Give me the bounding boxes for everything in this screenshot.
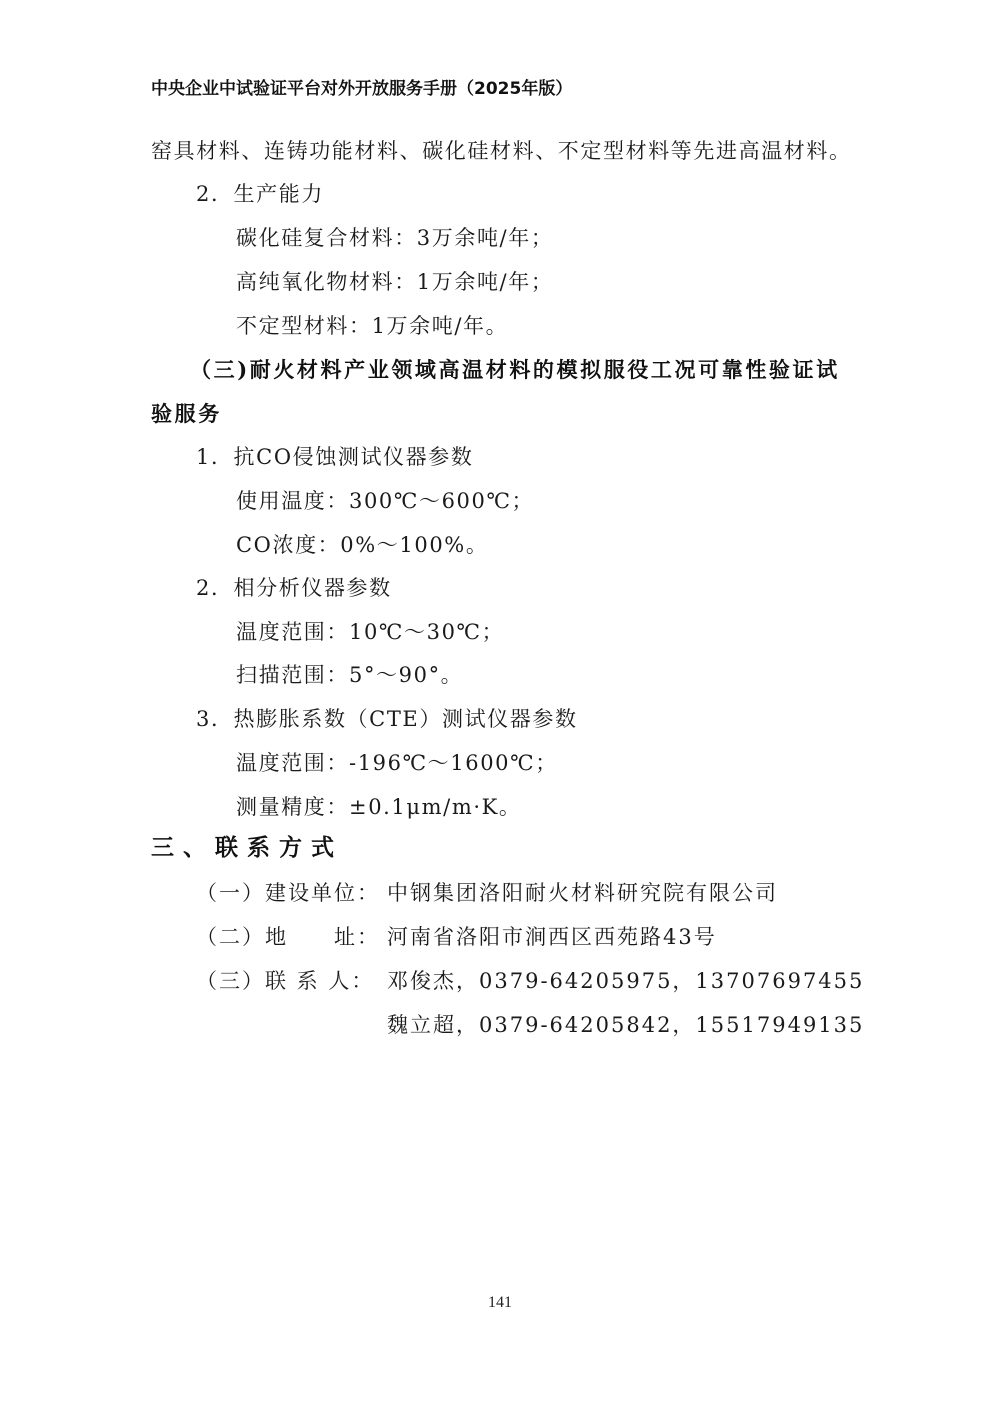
instrument-heading: 1．抗CO侵蚀测试仪器参数 <box>196 441 473 471</box>
contact-unit-value: 中钢集团洛阳耐火材料研究院有限公司 <box>387 877 778 907</box>
instrument-param: 使用温度：300℃～600℃； <box>236 485 534 515</box>
contact-unit-label: （一）建设单位： <box>196 877 380 907</box>
capacity-item: 高纯氧化物材料：1万余吨/年； <box>236 266 553 296</box>
instrument-param: 温度范围：10℃～30℃； <box>236 616 504 646</box>
instrument-heading: 2．相分析仪器参数 <box>196 572 392 602</box>
continuation-paragraph: 窑具材料、连铸功能材料、碳化硅材料、不定型材料等先进高温材料。 <box>151 135 852 165</box>
section-title-cont: 验服务 <box>151 398 222 428</box>
contact-address-value: 河南省洛阳市涧西区西苑路43号 <box>387 921 717 951</box>
instrument-heading: 3．热膨胀系数（CTE）测试仪器参数 <box>196 703 578 733</box>
contact-address-label: （二）地 址： <box>196 921 380 951</box>
contact-heading: 三、联系方式 <box>151 829 343 862</box>
page-number: 141 <box>0 1294 1000 1312</box>
section-title: （三)耐火材料产业领域高温材料的模拟服役工况可靠性验证试 <box>190 354 840 384</box>
contact-person: 魏立超，0379-64205842，15517949135 <box>387 1009 864 1039</box>
instrument-param: 温度范围：-196℃～1600℃； <box>236 747 558 777</box>
document-header: 中央企业中试验证平台对外开放服务手册（2025年版） <box>151 74 572 99</box>
instrument-param: 测量精度：±0.1μm/m·K。 <box>236 791 522 821</box>
capacity-heading: 2．生产能力 <box>196 178 324 208</box>
instrument-param: CO浓度：0%～100%。 <box>236 529 488 559</box>
capacity-item: 不定型材料：1万余吨/年。 <box>236 310 508 340</box>
contact-person-label: （三）联 系 人： <box>196 965 374 995</box>
contact-person: 邓俊杰，0379-64205975，13707697455 <box>387 965 864 995</box>
instrument-param: 扫描范围：5°～90°。 <box>236 659 463 689</box>
capacity-item: 碳化硅复合材料：3万余吨/年； <box>236 222 553 252</box>
